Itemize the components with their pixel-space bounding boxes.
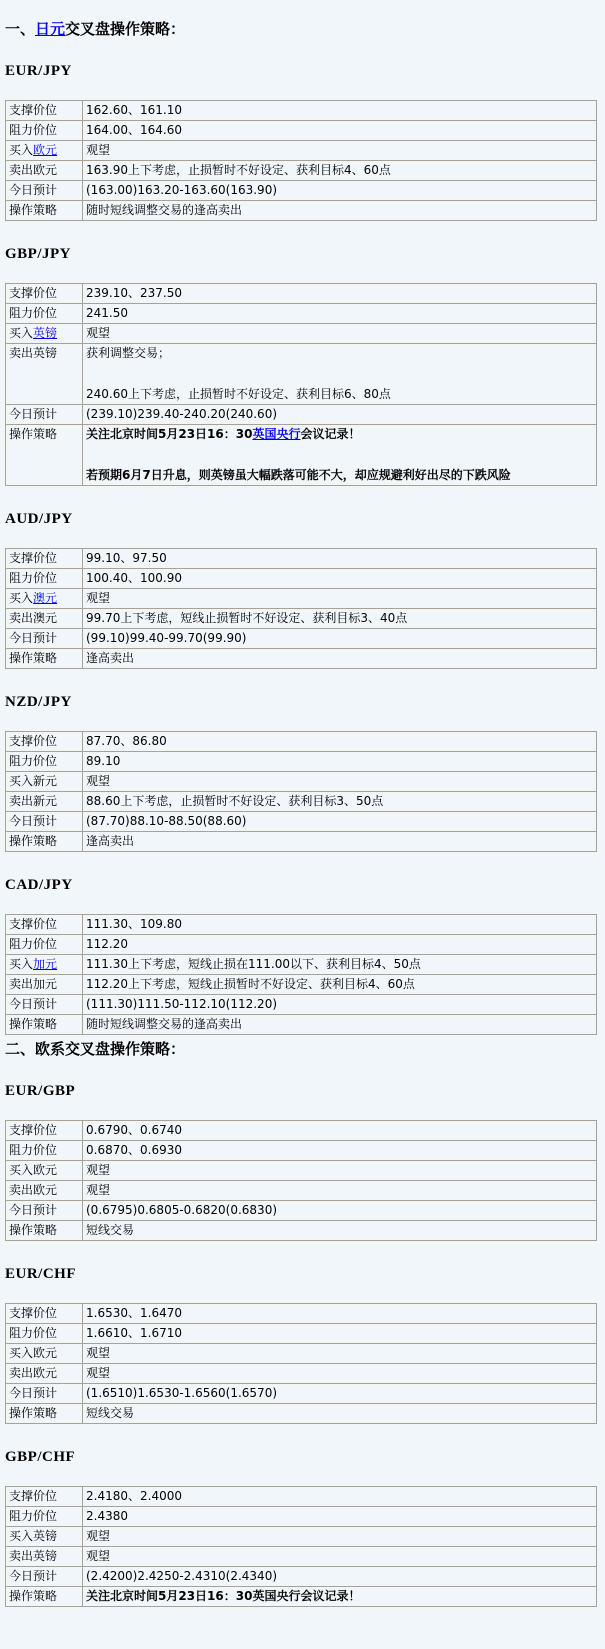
table-row: 卖出澳元 99.70上下考虑，短线止损暂时不好设定、获利目标3、40点 (6, 609, 597, 629)
table-row: 卖出英镑 观望 (6, 1547, 597, 1567)
row-label-strategy: 操作策略 (6, 201, 83, 221)
table-row: 支撑价位 111.30、109.80 (6, 915, 597, 935)
row-label-resistance: 阻力价位 (6, 1507, 83, 1527)
row-label-resistance: 阻力价位 (6, 935, 83, 955)
table-row: 阻力价位 0.6870、0.6930 (6, 1141, 597, 1161)
table-row: 支撑价位 99.10、97.50 (6, 549, 597, 569)
row-label-strategy: 操作策略 (6, 649, 83, 669)
table-row: 阻力价位 112.20 (6, 935, 597, 955)
row-label-sell: 卖出英镑 (6, 344, 83, 405)
table-row: 操作策略 随时短线调整交易的逢高卖出 (6, 201, 597, 221)
row-value-buy: 观望 (83, 772, 597, 792)
jpy-link[interactable]: 日元 (35, 20, 65, 38)
table-row: 买入欧元 观望 (6, 1161, 597, 1181)
pair-title-nzdjpy: NZD/JPY (5, 693, 597, 711)
row-value-forecast: (87.70)88.10-88.50(88.60) (83, 812, 597, 832)
row-label-support: 支撑价位 (6, 915, 83, 935)
row-value-resistance: 241.50 (83, 304, 597, 324)
pair-section-audjpy: AUD/JPY 支撑价位 99.10、97.50 阻力价位 100.40、100… (5, 510, 597, 669)
row-value-resistance: 112.20 (83, 935, 597, 955)
row-label-forecast: 今日预计 (6, 1201, 83, 1221)
strategy-table-cadjpy: 支撑价位 111.30、109.80 阻力价位 112.20 买入加元 111.… (5, 914, 597, 1035)
row-value-resistance: 100.40、100.90 (83, 569, 597, 589)
row-value-sell: 获利调整交易； 240.60上下考虑，止损暂时不好设定、获利目标6、80点 (83, 344, 597, 405)
row-value-strategy: 短线交易 (83, 1221, 597, 1241)
row-value-support: 87.70、86.80 (83, 732, 597, 752)
row-value-forecast: (239.10)239.40-240.20(240.60) (83, 405, 597, 425)
row-value-sell: 163.90上下考虑，止损暂时不好设定、获利目标4、60点 (83, 161, 597, 181)
table-row: 操作策略 逢高卖出 (6, 832, 597, 852)
row-value-buy: 观望 (83, 1344, 597, 1364)
pair-section-gbpjpy: GBP/JPY 支撑价位 239.10、237.50 阻力价位 241.50 买… (5, 245, 597, 486)
table-row: 操作策略 随时短线调整交易的逢高卖出 (6, 1015, 597, 1035)
section-heading-jpy-cross: 一、日元交叉盘操作策略： (5, 20, 597, 38)
table-row: 阻力价位 164.00、164.60 (6, 121, 597, 141)
row-label-resistance: 阻力价位 (6, 569, 83, 589)
row-label-support: 支撑价位 (6, 101, 83, 121)
table-row: 卖出新元 88.60上下考虑，止损暂时不好设定、获利目标3、50点 (6, 792, 597, 812)
row-label-sell: 卖出加元 (6, 975, 83, 995)
row-value-support: 99.10、97.50 (83, 549, 597, 569)
pair-title-gbpchf: GBP/CHF (5, 1448, 597, 1466)
row-label-support: 支撑价位 (6, 284, 83, 304)
strategy-table-eurgbp: 支撑价位 0.6790、0.6740 阻力价位 0.6870、0.6930 买入… (5, 1120, 597, 1241)
row-label-resistance: 阻力价位 (6, 752, 83, 772)
table-row: 操作策略 短线交易 (6, 1404, 597, 1424)
section-heading-prefix: 一、 (5, 20, 35, 38)
row-value-resistance: 1.6610、1.6710 (83, 1324, 597, 1344)
row-label-sell: 卖出新元 (6, 792, 83, 812)
table-row: 买入英镑 观望 (6, 1527, 597, 1547)
row-value-strategy: 逢高卖出 (83, 649, 597, 669)
table-row: 买入欧元 观望 (6, 1344, 597, 1364)
row-value-resistance: 164.00、164.60 (83, 121, 597, 141)
table-row: 今日预计 (2.4200)2.4250-2.4310(2.4340) (6, 1567, 597, 1587)
row-label-sell: 卖出欧元 (6, 161, 83, 181)
row-label-sell: 卖出英镑 (6, 1547, 83, 1567)
row-label-sell: 卖出澳元 (6, 609, 83, 629)
row-value-buy: 111.30上下考虑，短线止损在111.00以下、获利目标4、50点 (83, 955, 597, 975)
table-row: 卖出加元 112.20上下考虑，短线止损暂时不好设定、获利目标4、60点 (6, 975, 597, 995)
aud-currency-link[interactable]: 澳元 (33, 591, 57, 605)
row-value-support: 111.30、109.80 (83, 915, 597, 935)
row-label-support: 支撑价位 (6, 1304, 83, 1324)
table-row: 支撑价位 1.6530、1.6470 (6, 1304, 597, 1324)
sell-note-line1: 获利调整交易； (86, 346, 593, 361)
table-row: 买入欧元 观望 (6, 141, 597, 161)
row-label-forecast: 今日预计 (6, 405, 83, 425)
pair-title-eurjpy: EUR/JPY (5, 62, 597, 80)
row-value-support: 162.60、161.10 (83, 101, 597, 121)
strategy-table-audjpy: 支撑价位 99.10、97.50 阻力价位 100.40、100.90 买入澳元… (5, 548, 597, 669)
pair-title-cadjpy: CAD/JPY (5, 876, 597, 894)
table-row: 卖出欧元 观望 (6, 1364, 597, 1384)
strategy-note-line2: 若预期6月7日升息，则英镑虽大幅跌落可能不大，却应规避利好出尽的下跌风险 (86, 468, 593, 483)
row-value-buy: 观望 (83, 1161, 597, 1181)
table-row: 今日预计 (0.6795)0.6805-0.6820(0.6830) (6, 1201, 597, 1221)
table-row: 操作策略 逢高卖出 (6, 649, 597, 669)
row-value-forecast: (0.6795)0.6805-0.6820(0.6830) (83, 1201, 597, 1221)
pair-section-eurchf: EUR/CHF 支撑价位 1.6530、1.6470 阻力价位 1.6610、1… (5, 1265, 597, 1424)
table-row: 买入英镑 观望 (6, 324, 597, 344)
row-label-buy: 买入澳元 (6, 589, 83, 609)
row-label-buy: 买入英镑 (6, 1527, 83, 1547)
row-label-forecast: 今日预计 (6, 181, 83, 201)
cad-currency-link[interactable]: 加元 (33, 957, 57, 971)
row-value-strategy: 逢高卖出 (83, 832, 597, 852)
row-value-strategy: 随时短线调整交易的逢高卖出 (83, 201, 597, 221)
row-value-support: 1.6530、1.6470 (83, 1304, 597, 1324)
pair-section-eurjpy: EUR/JPY 支撑价位 162.60、161.10 阻力价位 164.00、1… (5, 62, 597, 221)
table-row: 阻力价位 241.50 (6, 304, 597, 324)
row-label-forecast: 今日预计 (6, 1384, 83, 1404)
row-label-strategy: 操作策略 (6, 1404, 83, 1424)
row-value-forecast: (111.30)111.50-112.10(112.20) (83, 995, 597, 1015)
table-row: 卖出英镑 获利调整交易； 240.60上下考虑，止损暂时不好设定、获利目标6、8… (6, 344, 597, 405)
row-value-sell: 观望 (83, 1364, 597, 1384)
table-row: 卖出欧元 163.90上下考虑，止损暂时不好设定、获利目标4、60点 (6, 161, 597, 181)
table-row: 阻力价位 2.4380 (6, 1507, 597, 1527)
row-label-sell: 卖出欧元 (6, 1364, 83, 1384)
row-label-forecast: 今日预计 (6, 812, 83, 832)
row-value-forecast: (1.6510)1.6530-1.6560(1.6570) (83, 1384, 597, 1404)
row-label-forecast: 今日预计 (6, 995, 83, 1015)
section-heading-eur-cross: 二、欧系交叉盘操作策略： (5, 1040, 597, 1058)
table-row: 支撑价位 239.10、237.50 (6, 284, 597, 304)
gbp-currency-link[interactable]: 英镑 (33, 326, 57, 340)
table-row: 今日预计 (99.10)99.40-99.70(99.90) (6, 629, 597, 649)
row-label-support: 支撑价位 (6, 1487, 83, 1507)
row-value-forecast: (2.4200)2.4250-2.4310(2.4340) (83, 1567, 597, 1587)
row-value-support: 0.6790、0.6740 (83, 1121, 597, 1141)
table-row: 阻力价位 100.40、100.90 (6, 569, 597, 589)
table-row: 阻力价位 1.6610、1.6710 (6, 1324, 597, 1344)
pair-section-eurgbp: EUR/GBP 支撑价位 0.6790、0.6740 阻力价位 0.6870、0… (5, 1082, 597, 1241)
strategy-table-eurchf: 支撑价位 1.6530、1.6470 阻力价位 1.6610、1.6710 买入… (5, 1303, 597, 1424)
boe-link[interactable]: 英国央行 (252, 427, 300, 441)
row-label-buy: 买入欧元 (6, 1344, 83, 1364)
row-value-buy: 观望 (83, 589, 597, 609)
row-value-sell: 112.20上下考虑，短线止损暂时不好设定、获利目标4、60点 (83, 975, 597, 995)
row-label-forecast: 今日预计 (6, 1567, 83, 1587)
row-label-buy: 买入欧元 (6, 141, 83, 161)
row-value-resistance: 89.10 (83, 752, 597, 772)
pair-section-gbpchf: GBP/CHF 支撑价位 2.4180、2.4000 阻力价位 2.4380 买… (5, 1448, 597, 1607)
row-value-support: 2.4180、2.4000 (83, 1487, 597, 1507)
row-label-resistance: 阻力价位 (6, 1324, 83, 1344)
pair-section-nzdjpy: NZD/JPY 支撑价位 87.70、86.80 阻力价位 89.10 买入新元… (5, 693, 597, 852)
table-row: 买入加元 111.30上下考虑，短线止损在111.00以下、获利目标4、50点 (6, 955, 597, 975)
row-label-buy: 买入欧元 (6, 1161, 83, 1181)
sell-note-line2: 240.60上下考虑，止损暂时不好设定、获利目标6、80点 (86, 387, 593, 402)
row-label-support: 支撑价位 (6, 549, 83, 569)
row-label-strategy: 操作策略 (6, 1221, 83, 1241)
table-row: 今日预计 (111.30)111.50-112.10(112.20) (6, 995, 597, 1015)
row-label-strategy: 操作策略 (6, 832, 83, 852)
table-row: 今日预计 (1.6510)1.6530-1.6560(1.6570) (6, 1384, 597, 1404)
row-label-strategy: 操作策略 (6, 425, 83, 486)
section-heading-suffix: 交叉盘操作策略： (65, 20, 185, 38)
table-row: 阻力价位 89.10 (6, 752, 597, 772)
row-value-buy: 观望 (83, 1527, 597, 1547)
pair-title-eurgbp: EUR/GBP (5, 1082, 597, 1100)
table-row: 今日预计 (87.70)88.10-88.50(88.60) (6, 812, 597, 832)
row-label-buy: 买入加元 (6, 955, 83, 975)
row-value-buy: 观望 (83, 324, 597, 344)
row-value-sell: 观望 (83, 1547, 597, 1567)
strategy-table-gbpchf: 支撑价位 2.4180、2.4000 阻力价位 2.4380 买入英镑 观望 卖… (5, 1486, 597, 1607)
strategy-table-gbpjpy: 支撑价位 239.10、237.50 阻力价位 241.50 买入英镑 观望 卖… (5, 283, 597, 486)
table-row: 操作策略 短线交易 (6, 1221, 597, 1241)
table-row: 买入澳元 观望 (6, 589, 597, 609)
row-value-buy: 观望 (83, 141, 597, 161)
row-value-sell: 99.70上下考虑，短线止损暂时不好设定、获利目标3、40点 (83, 609, 597, 629)
row-value-strategy: 短线交易 (83, 1404, 597, 1424)
strategy-note-line1: 关注北京时间5月23日16：30英国央行会议记录！ (86, 427, 593, 442)
row-value-resistance: 0.6870、0.6930 (83, 1141, 597, 1161)
row-label-strategy: 操作策略 (6, 1587, 83, 1607)
table-row: 今日预计 (239.10)239.40-240.20(240.60) (6, 405, 597, 425)
row-value-strategy: 关注北京时间5月23日16：30英国央行会议记录！ (83, 1587, 597, 1607)
row-label-buy: 买入英镑 (6, 324, 83, 344)
strategy-table-eurjpy: 支撑价位 162.60、161.10 阻力价位 164.00、164.60 买入… (5, 100, 597, 221)
table-row: 操作策略 关注北京时间5月23日16：30英国央行会议记录！ (6, 1587, 597, 1607)
row-label-buy: 买入新元 (6, 772, 83, 792)
row-label-forecast: 今日预计 (6, 629, 83, 649)
row-value-strategy: 随时短线调整交易的逢高卖出 (83, 1015, 597, 1035)
row-value-sell: 观望 (83, 1181, 597, 1201)
table-row: 支撑价位 87.70、86.80 (6, 732, 597, 752)
pair-title-eurchf: EUR/CHF (5, 1265, 597, 1283)
table-row: 支撑价位 162.60、161.10 (6, 101, 597, 121)
row-label-resistance: 阻力价位 (6, 121, 83, 141)
row-label-strategy: 操作策略 (6, 1015, 83, 1035)
table-row: 支撑价位 0.6790、0.6740 (6, 1121, 597, 1141)
table-row: 支撑价位 2.4180、2.4000 (6, 1487, 597, 1507)
pair-title-audjpy: AUD/JPY (5, 510, 597, 528)
strategy-table-nzdjpy: 支撑价位 87.70、86.80 阻力价位 89.10 买入新元 观望 卖出新元… (5, 731, 597, 852)
table-row: 买入新元 观望 (6, 772, 597, 792)
row-label-support: 支撑价位 (6, 732, 83, 752)
row-value-forecast: (99.10)99.40-99.70(99.90) (83, 629, 597, 649)
row-label-sell: 卖出欧元 (6, 1181, 83, 1201)
row-label-resistance: 阻力价位 (6, 304, 83, 324)
row-label-support: 支撑价位 (6, 1121, 83, 1141)
pair-section-cadjpy: CAD/JPY 支撑价位 111.30、109.80 阻力价位 112.20 买… (5, 876, 597, 1035)
table-row: 今日预计 (163.00)163.20-163.60(163.90) (6, 181, 597, 201)
table-row: 卖出欧元 观望 (6, 1181, 597, 1201)
row-value-resistance: 2.4380 (83, 1507, 597, 1527)
row-value-strategy: 关注北京时间5月23日16：30英国央行会议记录！ 若预期6月7日升息，则英镑虽… (83, 425, 597, 486)
row-value-sell: 88.60上下考虑，止损暂时不好设定、获利目标3、50点 (83, 792, 597, 812)
row-value-support: 239.10、237.50 (83, 284, 597, 304)
eur-currency-link[interactable]: 欧元 (33, 143, 57, 157)
table-row: 操作策略 关注北京时间5月23日16：30英国央行会议记录！ 若预期6月7日升息… (6, 425, 597, 486)
row-value-forecast: (163.00)163.20-163.60(163.90) (83, 181, 597, 201)
pair-title-gbpjpy: GBP/JPY (5, 245, 597, 263)
row-label-resistance: 阻力价位 (6, 1141, 83, 1161)
